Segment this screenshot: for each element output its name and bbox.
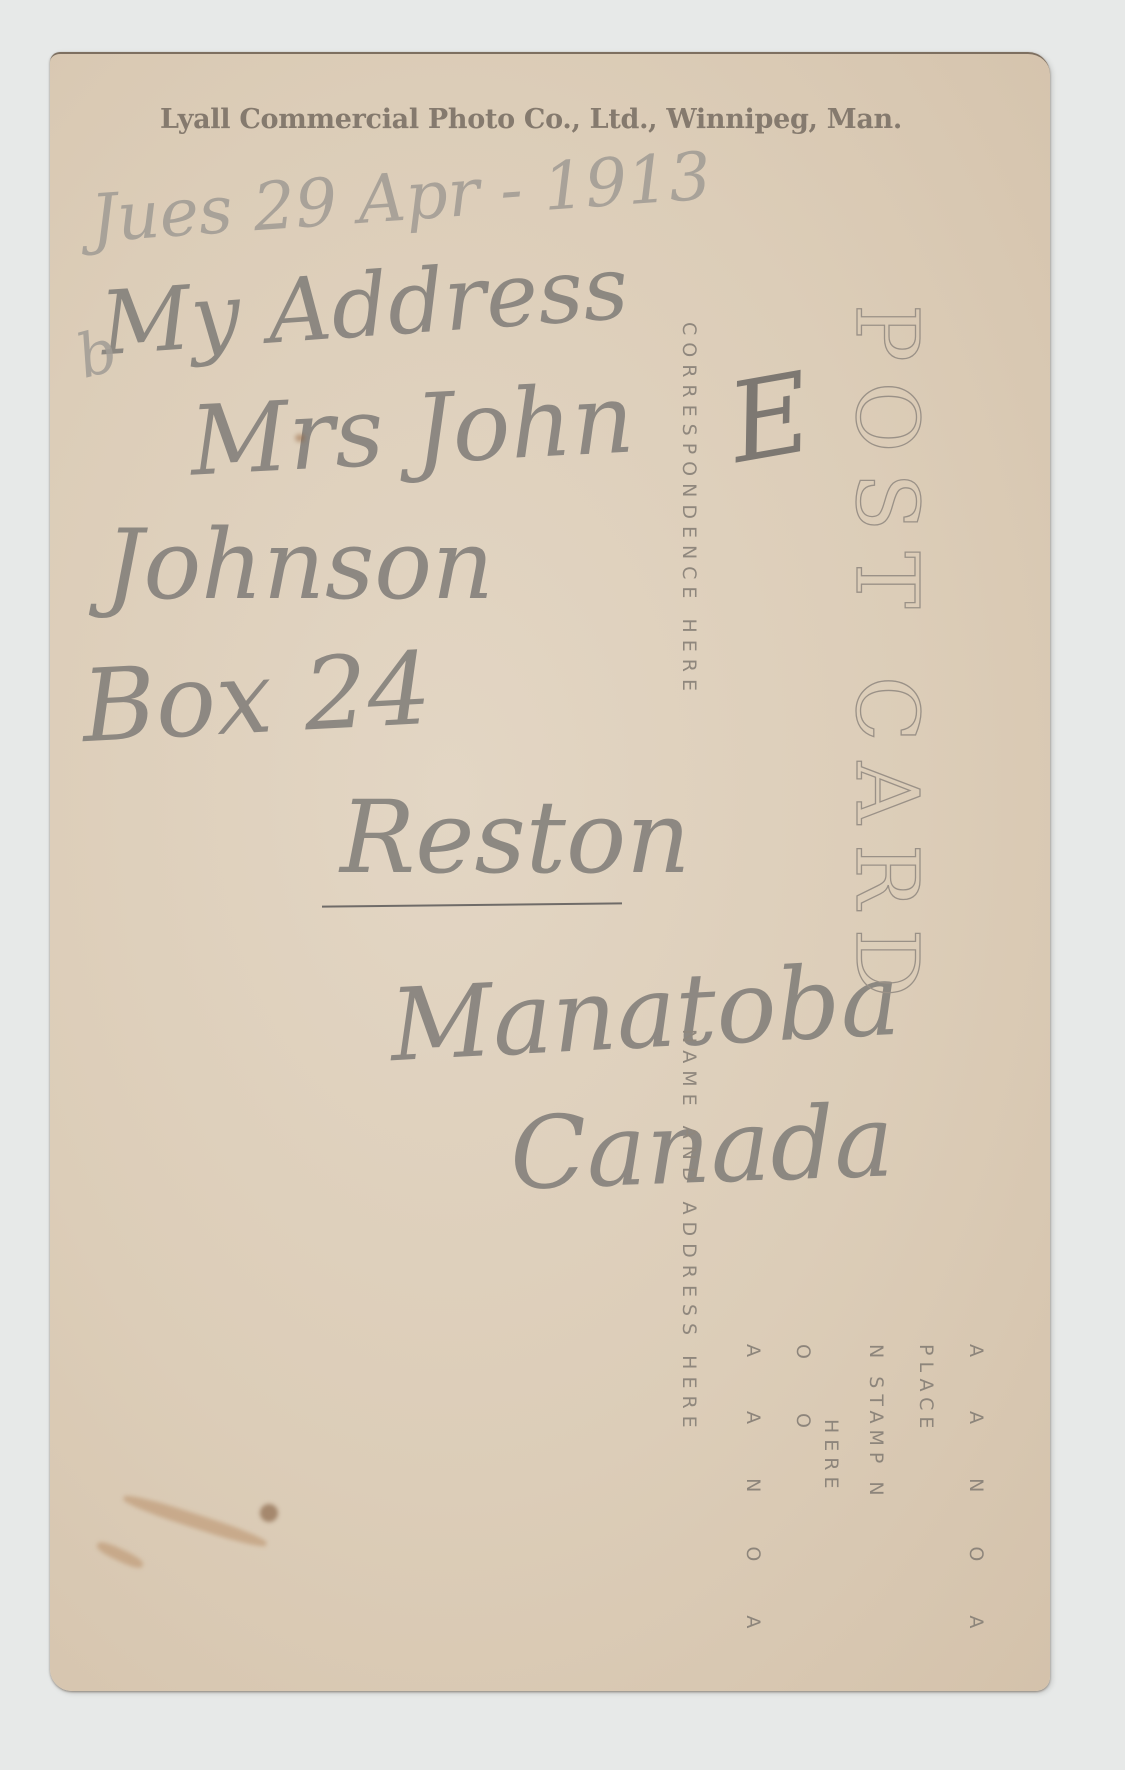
- address-label: NAME AND ADDRESS HERE: [678, 1029, 700, 1435]
- handwritten-surname: Johnson: [105, 509, 494, 621]
- stamp-border-left: A A N O A: [742, 1344, 764, 1652]
- stamp-border-right: A A N O A: [965, 1344, 987, 1652]
- handwritten-initial: E: [719, 348, 820, 488]
- publisher-imprint: Lyall Commercial Photo Co., Ltd., Winnip…: [160, 104, 960, 135]
- handwritten-name: Mrs John: [187, 362, 636, 497]
- water-stain: [122, 1491, 269, 1551]
- stamp-text-stamp: N STAMP N: [865, 1344, 887, 1502]
- handwritten-box-number: Box 24: [79, 630, 434, 765]
- foxing-spot-small: [295, 434, 305, 442]
- handwritten-province: Manatoba: [387, 941, 902, 1085]
- stamp-text-here: HERE: [820, 1419, 842, 1495]
- stamp-border-inner-left: O O: [792, 1344, 814, 1452]
- handwritten-town: Reston: [340, 779, 691, 896]
- correspondence-label: CORRESPONDENCE HERE: [678, 322, 700, 698]
- postcard-back: Lyall Commercial Photo Co., Ltd., Winnip…: [50, 52, 1050, 1691]
- handwritten-country: Canada: [508, 1082, 896, 1212]
- stamp-text-place: PLACE: [915, 1344, 937, 1434]
- handwritten-intro: My Address: [97, 236, 631, 376]
- water-stain-small: [95, 1539, 145, 1571]
- post-card-title: POST CARD: [836, 304, 936, 1018]
- town-underline: [322, 902, 622, 907]
- foxing-spot: [260, 1504, 278, 1522]
